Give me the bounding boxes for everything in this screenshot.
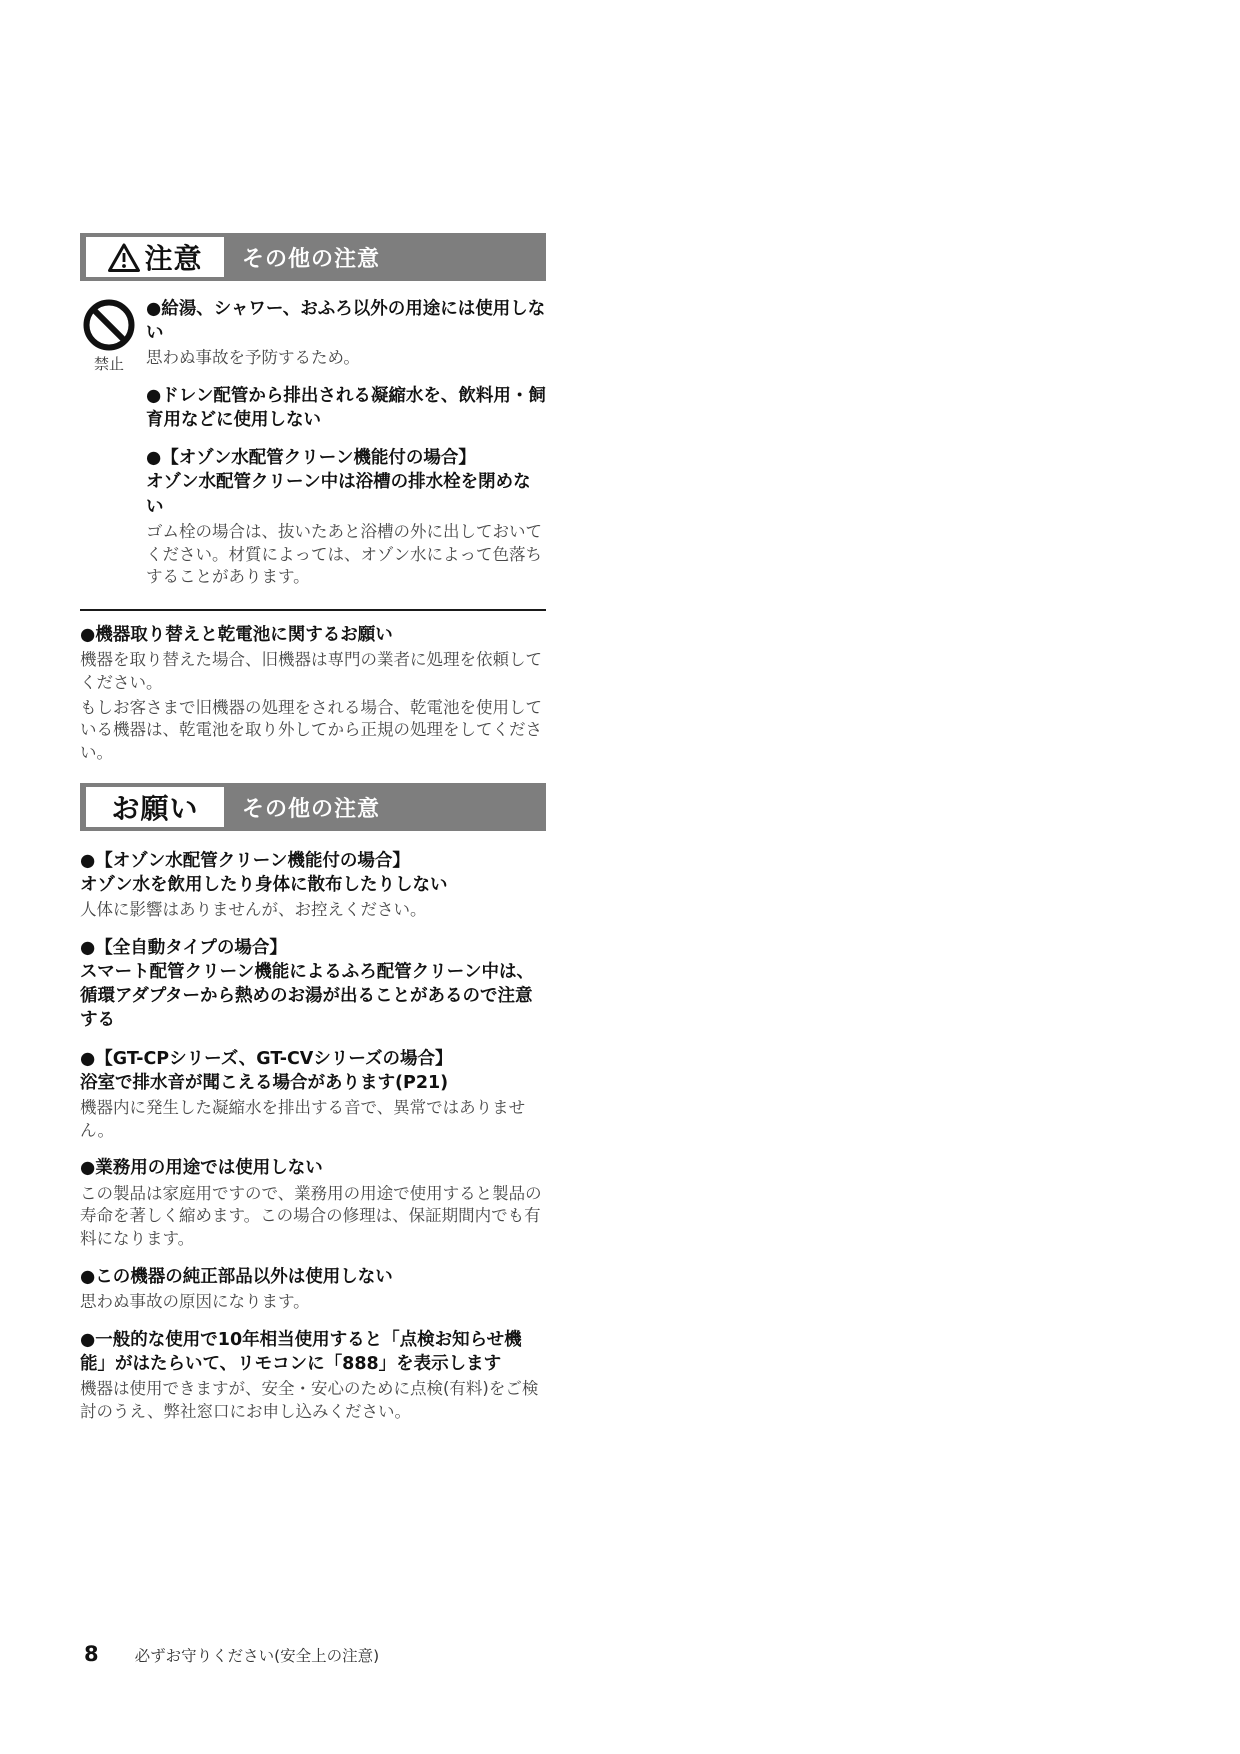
- caution-item-body: 思わぬ事故を予防するため。: [146, 347, 546, 370]
- request-item-heading: ●【GT-CPシリーズ、GT-CVシリーズの場合】: [80, 1047, 546, 1071]
- caution-item-body: ゴム栓の場合は、抜いたあと浴槽の外に出しておいてください。材質によっては、オゾン…: [146, 521, 546, 589]
- request-badge-label: お願い: [111, 787, 198, 827]
- request-item-body: 機器は使用できますが、安全・安心のために点検(有料)をご検討のうえ、弊社窓口にお…: [80, 1378, 546, 1424]
- page-footer: 8 必ずお守りください(安全上の注意): [84, 1642, 379, 1666]
- caution-badge-label: 注意: [144, 237, 202, 277]
- request-item-body: 機器内に発生した凝縮水を排出する音で、異常ではありません。: [80, 1097, 546, 1143]
- request-item: ●一般的な使用で10年相当使用すると「点検お知らせ機能」がはたらいて、リモコンに…: [80, 1328, 546, 1424]
- prohibition-label: 禁止: [80, 353, 138, 374]
- caution-item: ●【オゾン水配管クリーン機能付の場合】 オゾン水配管クリーン中は浴槽の排水栓を閉…: [146, 446, 546, 589]
- notice-body: 機器を取り替えた場合、旧機器は専門の業者に処理を依頼してください。: [80, 649, 546, 695]
- caution-items: ●給湯、シャワー、おふろ以外の用途には使用しない 思わぬ事故を予防するため。 ●…: [138, 297, 546, 603]
- manual-page: 注意 その他の注意 禁止 ●給湯、シャワー、おふろ以外の用途には使用しない 思わ…: [0, 0, 1240, 1754]
- request-item-subheading: 浴室で排水音が聞こえる場合があります(P21): [80, 1071, 546, 1095]
- request-badge: お願い: [86, 787, 224, 827]
- caution-item-heading: ●【オゾン水配管クリーン機能付の場合】: [146, 446, 546, 470]
- request-item-heading: ●この機器の純正部品以外は使用しない: [80, 1265, 546, 1289]
- notice-heading: ●機器取り替えと乾電池に関するお願い: [80, 623, 546, 647]
- notice-body: もしお客さまで旧機器の処理をされる場合、乾電池を使用している機器は、乾電池を取り…: [80, 697, 546, 765]
- warning-triangle-icon: [107, 242, 141, 273]
- caution-item: ●給湯、シャワー、おふろ以外の用途には使用しない 思わぬ事故を予防するため。: [146, 297, 546, 370]
- request-item-body: 人体に影響はありませんが、お控えください。: [80, 899, 546, 922]
- prohibition-symbol-column: 禁止: [80, 297, 138, 603]
- caution-banner-title: その他の注意: [242, 242, 380, 273]
- request-item: ●この機器の純正部品以外は使用しない 思わぬ事故の原因になります。: [80, 1265, 546, 1314]
- request-item-heading: ●業務用の用途では使用しない: [80, 1156, 546, 1180]
- prohibition-icon: [80, 299, 138, 351]
- request-banner-title: その他の注意: [242, 792, 380, 823]
- prohibition-section: 禁止 ●給湯、シャワー、おふろ以外の用途には使用しない 思わぬ事故を予防するため…: [80, 297, 546, 603]
- request-item-heading: ●【全自動タイプの場合】: [80, 936, 546, 960]
- caution-banner: 注意 その他の注意: [80, 233, 546, 281]
- caution-item-heading: ●給湯、シャワー、おふろ以外の用途には使用しない: [146, 297, 546, 345]
- request-item: ●【GT-CPシリーズ、GT-CVシリーズの場合】 浴室で排水音が聞こえる場合が…: [80, 1047, 546, 1143]
- request-item-subheading: スマート配管クリーン機能によるふろ配管クリーン中は、循環アダプターから熱めのお湯…: [80, 960, 546, 1032]
- request-item-body: この製品は家庭用ですので、業務用の用途で使用すると製品の寿命を著しく縮めます。こ…: [80, 1183, 546, 1251]
- caution-item-subheading: オゾン水配管クリーン中は浴槽の排水栓を閉めない: [146, 470, 546, 518]
- caution-item: ●ドレン配管から排出される凝縮水を、飲料用・飼育用などに使用しない: [146, 384, 546, 432]
- request-item-body: 思わぬ事故の原因になります。: [80, 1291, 546, 1314]
- request-item-subheading: オゾン水を飲用したり身体に散布したりしない: [80, 873, 546, 897]
- content-column: 注意 その他の注意 禁止 ●給湯、シャワー、おふろ以外の用途には使用しない 思わ…: [80, 233, 546, 1438]
- request-item: ●業務用の用途では使用しない この製品は家庭用ですので、業務用の用途で使用すると…: [80, 1156, 546, 1250]
- request-item-heading: ●【オゾン水配管クリーン機能付の場合】: [80, 849, 546, 873]
- request-banner: お願い その他の注意: [80, 783, 546, 831]
- section-divider: [80, 609, 546, 611]
- replacement-notice: ●機器取り替えと乾電池に関するお願い 機器を取り替えた場合、旧機器は専門の業者に…: [80, 623, 546, 765]
- request-items: ●【オゾン水配管クリーン機能付の場合】 オゾン水を飲用したり身体に散布したりしな…: [80, 849, 546, 1424]
- page-number: 8: [84, 1642, 99, 1666]
- request-item: ●【全自動タイプの場合】 スマート配管クリーン機能によるふろ配管クリーン中は、循…: [80, 936, 546, 1033]
- caution-item-heading: ●ドレン配管から排出される凝縮水を、飲料用・飼育用などに使用しない: [146, 384, 546, 432]
- caution-badge: 注意: [86, 237, 224, 277]
- footer-label: 必ずお守りください(安全上の注意): [135, 1644, 380, 1666]
- request-item-heading: ●一般的な使用で10年相当使用すると「点検お知らせ機能」がはたらいて、リモコンに…: [80, 1328, 546, 1376]
- request-item: ●【オゾン水配管クリーン機能付の場合】 オゾン水を飲用したり身体に散布したりしな…: [80, 849, 546, 922]
